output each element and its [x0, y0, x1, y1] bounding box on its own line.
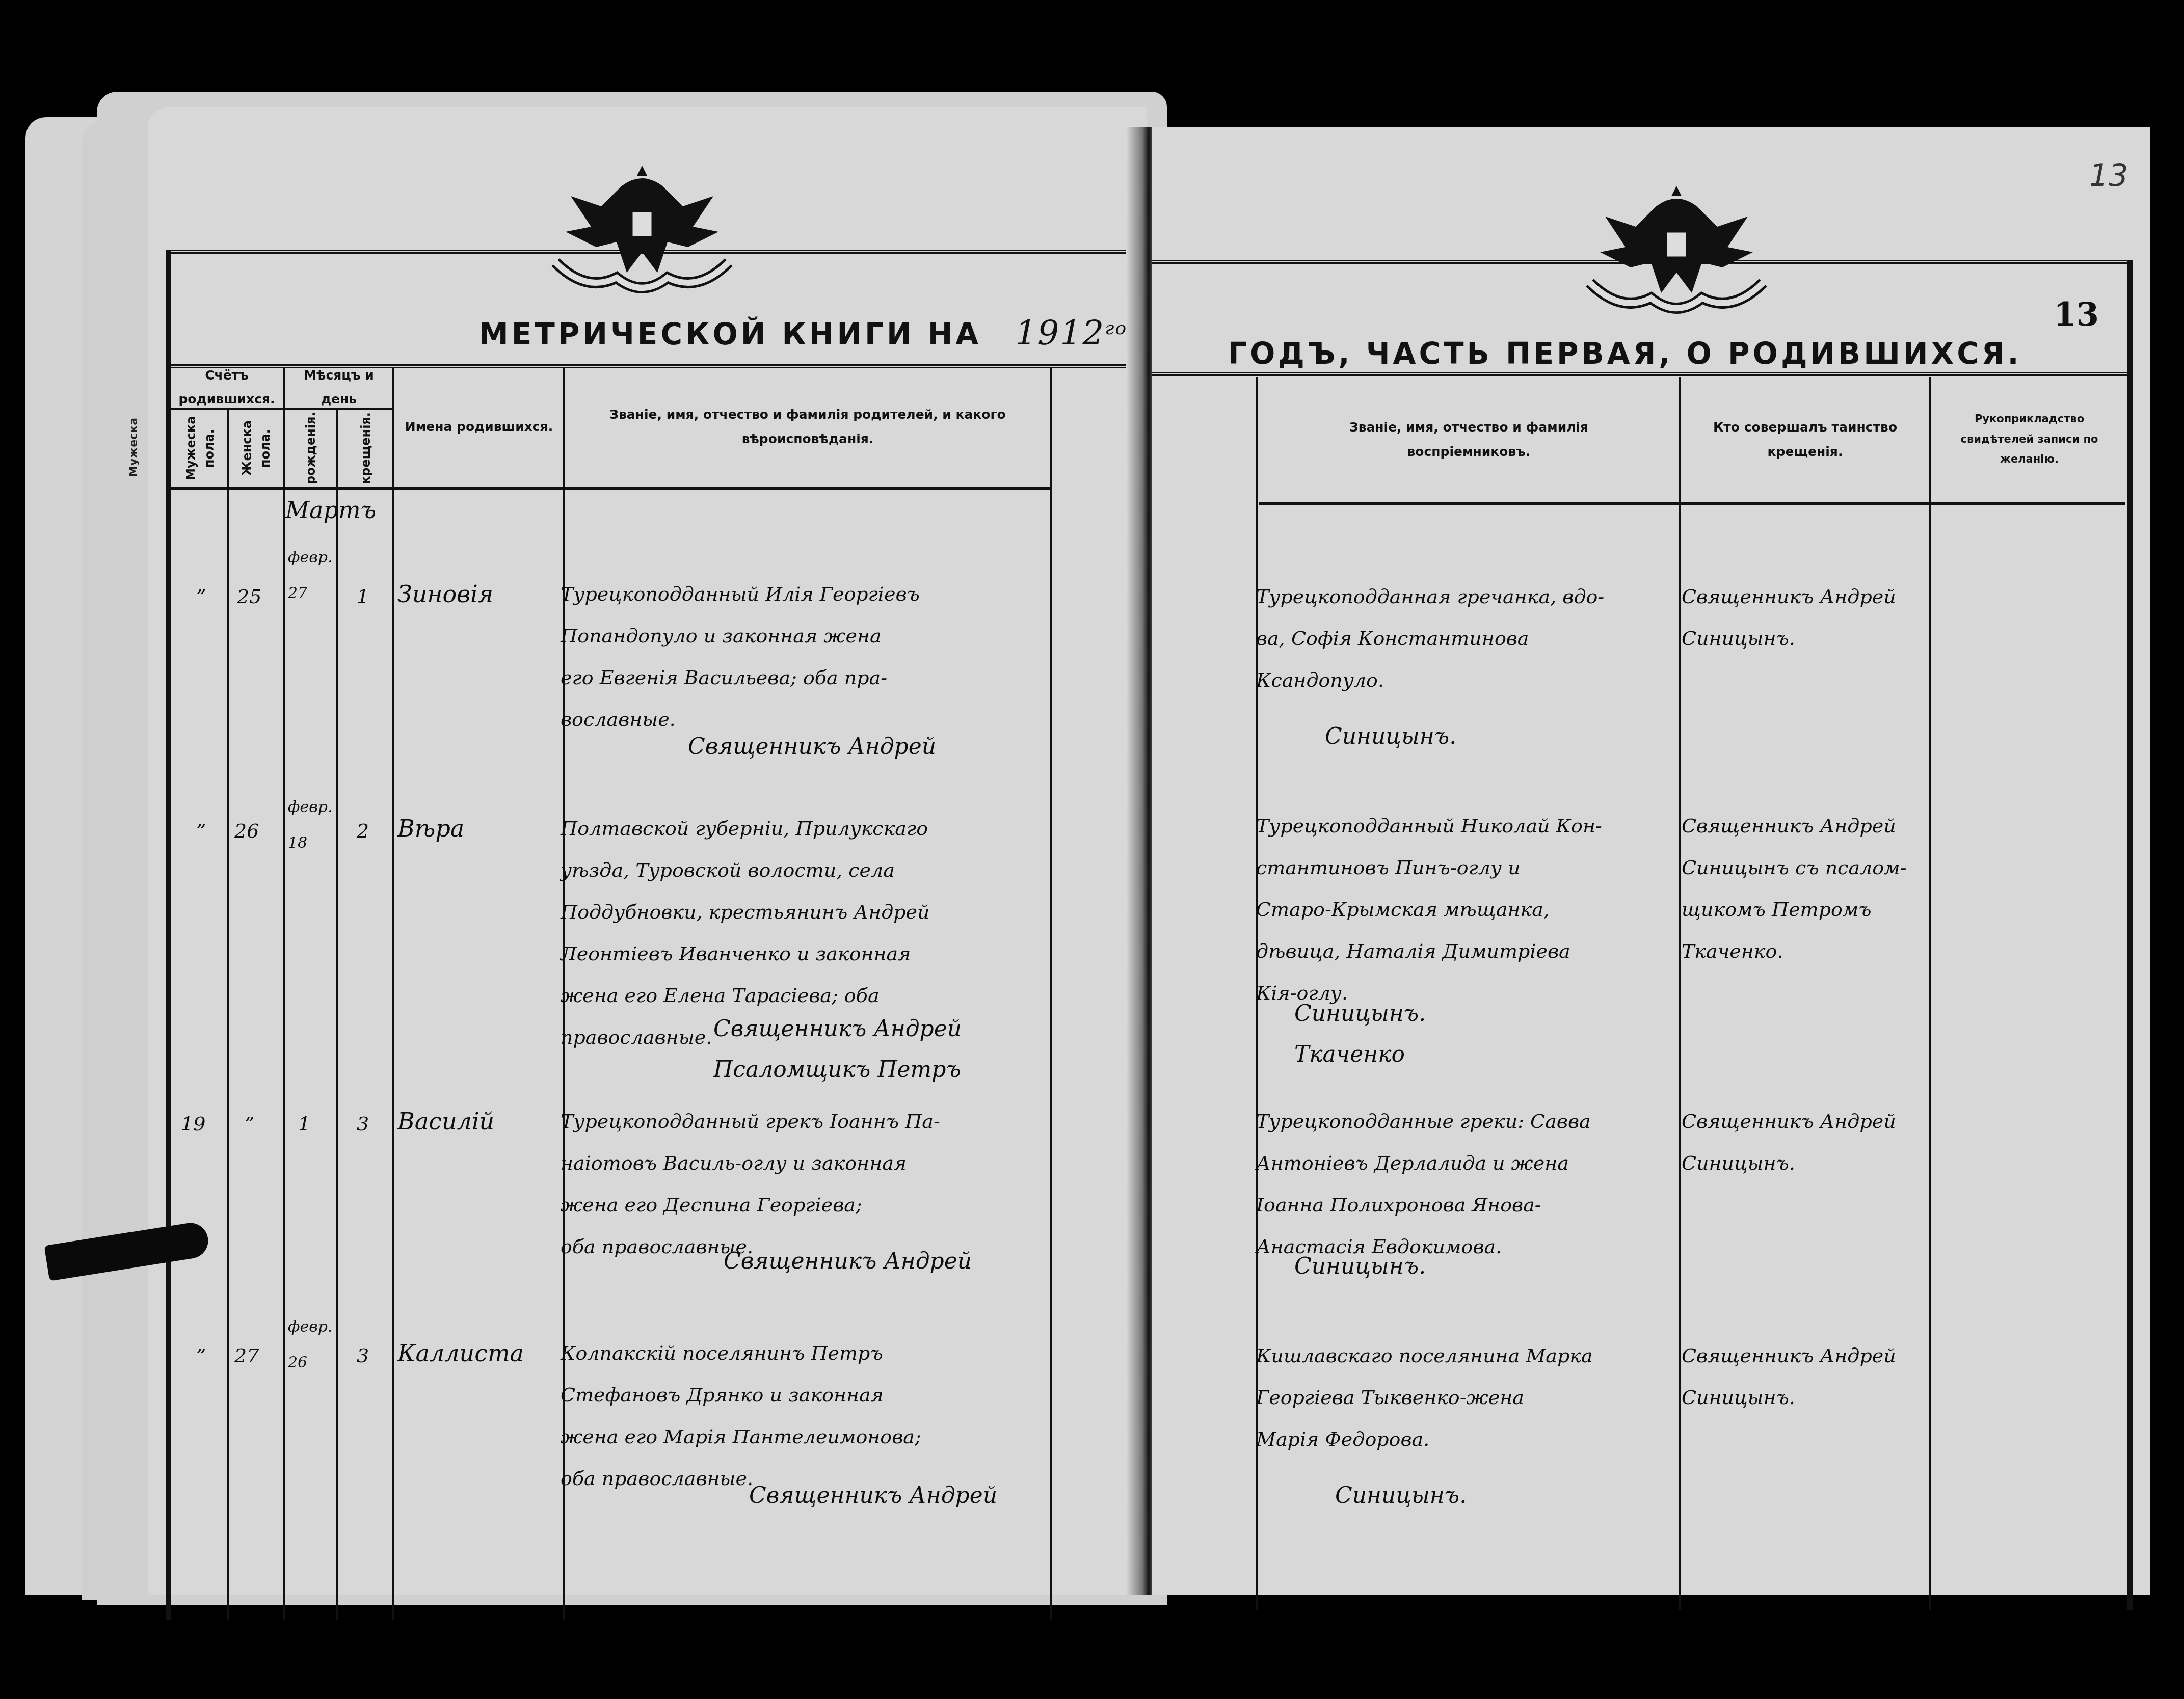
col-div-6 [1050, 367, 1052, 1620]
entry-female-no: 27 [234, 1335, 259, 1377]
printed-page-number: 13 [2054, 295, 2099, 334]
frame-left [166, 250, 171, 1620]
header-priest: Кто совершалъ таинство крещенія. [1682, 377, 1929, 502]
entry-baptism-day: 3 [357, 1335, 369, 1377]
header-male: Мужеска пола. [173, 410, 227, 487]
imperial-eagle-emblem [545, 155, 739, 308]
col-div-1 [227, 408, 229, 1620]
col-div-2 [283, 367, 285, 1620]
col-div-r3 [1929, 377, 1931, 1610]
entry-male-no: ” [196, 810, 206, 852]
entry-baptism-day: 2 [357, 810, 369, 852]
entry-godparents-signature: Синицынъ. [1335, 1482, 1467, 1508]
entry-parents-signature: Священникъ Андрей [688, 734, 1045, 760]
entry-parents-signature: Священникъ Андрей [749, 1482, 1055, 1508]
entry-priest: Священникъ Андрей Синицынъ. [1682, 1335, 1931, 1418]
imperial-eagle-emblem-right [1580, 176, 1773, 329]
header-birth: рожденія. [285, 410, 336, 487]
double-headed-eagle-icon [545, 155, 739, 308]
entry-female-no: ” [245, 1103, 254, 1145]
left-page-title: МЕТРИЧЕСКОЙ КНИГИ НА 1912го [479, 313, 1127, 353]
right-page-title: ГОДЪ, ЧАСТЬ ПЕРВАЯ, О РОДИВШИХСЯ. [1228, 336, 2021, 371]
entry-priest: Священникъ Андрей Синицынъ. [1682, 576, 1931, 659]
underlying-page-edge-text: Мужеска [127, 418, 140, 477]
header-month-day-group: Мѣсяцъ и день [285, 367, 392, 408]
col-div-r2 [1679, 377, 1681, 1610]
entry-godparents-signature: Синицынъ. [1325, 723, 1456, 749]
col-div-3 [336, 408, 338, 1620]
entry-birth-date: февр. 27 [288, 540, 334, 611]
entry-godparents: Турецкоподданные греки: Савва Антоніевъ … [1256, 1100, 1679, 1267]
header-female: Женска пола. [229, 410, 283, 487]
entry-parents-signature: Священникъ Андрей [724, 1248, 1055, 1274]
entry-male-no: ” [196, 1335, 206, 1377]
entry-child-name: Каллиста [397, 1332, 524, 1374]
entry-godparents-signature: Синицынъ. Ткаченко [1294, 993, 1426, 1075]
entry-birth-date: 1 [298, 1103, 310, 1145]
header-bottom-right [1259, 502, 2125, 505]
entry-parents: Турецкоподданный грекъ Іоаннъ Па- наіото… [561, 1100, 1050, 1267]
entry-child-name: Зиновія [397, 573, 493, 615]
header-count-group: Счётъ родившихся. [171, 367, 283, 408]
header-top-rule-right [1152, 372, 2130, 376]
header-names: Имена родившихся. [395, 367, 563, 487]
header-parents: Званіе, имя, отчество и фамилія родителе… [568, 367, 1047, 487]
header-witness-signatures: Рукоприкладство свидѣтелей записи по жел… [1931, 377, 2127, 502]
entry-baptism-day: 3 [357, 1103, 369, 1145]
top-rule-right [1152, 260, 2130, 264]
entry-child-name: Вѣра [397, 807, 464, 849]
entry-priest: Священникъ Андрей Синицынъ съ псалом- щи… [1682, 805, 1931, 972]
entry-priest: Священникъ Андрей Синицынъ. [1682, 1100, 1931, 1184]
entry-godparents-signature: Синицынъ. [1294, 1253, 1426, 1279]
top-rule-left [168, 250, 1126, 254]
entry-male-no: ” [196, 576, 206, 617]
entry-female-no: 25 [237, 576, 261, 617]
entry-birth-date: февр. 18 [288, 790, 334, 861]
entry-parents-signature: Священникъ Андрей Псаломщикъ Петръ [713, 1009, 1045, 1090]
double-headed-eagle-icon [1580, 176, 1773, 329]
entry-parents: Колпакскій поселянинъ Петръ Стефановъ Др… [561, 1332, 1050, 1499]
entry-baptism-day: 1 [357, 576, 369, 617]
year-suffix: го [1105, 318, 1127, 339]
header-baptism: крещенія. [339, 410, 392, 487]
entry-female-no: 26 [234, 810, 259, 852]
entry-child-name: Василій [397, 1100, 494, 1142]
entry-godparents: Турецкоподданный Николай Кон- стантиновъ… [1256, 805, 1679, 1014]
header-godparents: Званіе, имя, отчество и фамилія воспріем… [1259, 377, 1679, 502]
entry-birth-date: февр. 26 [288, 1309, 334, 1381]
col-div-4 [392, 367, 394, 1620]
entry-male-no: 19 [181, 1103, 205, 1145]
month-label: Мартъ [285, 489, 376, 531]
frame-right [2127, 260, 2133, 1610]
folio-pencil-number: 13 [2089, 158, 2128, 194]
entry-godparents: Кишлавскаго поселянина Марка Георгіева Т… [1256, 1335, 1679, 1460]
entry-godparents: Турецкоподданная гречанка, вдо- ва, Софі… [1256, 576, 1679, 701]
year-handwritten: 1912 [1015, 313, 1105, 353]
entry-parents: Турецкоподданный Илія Георгіевъ Попандоп… [561, 573, 1050, 740]
